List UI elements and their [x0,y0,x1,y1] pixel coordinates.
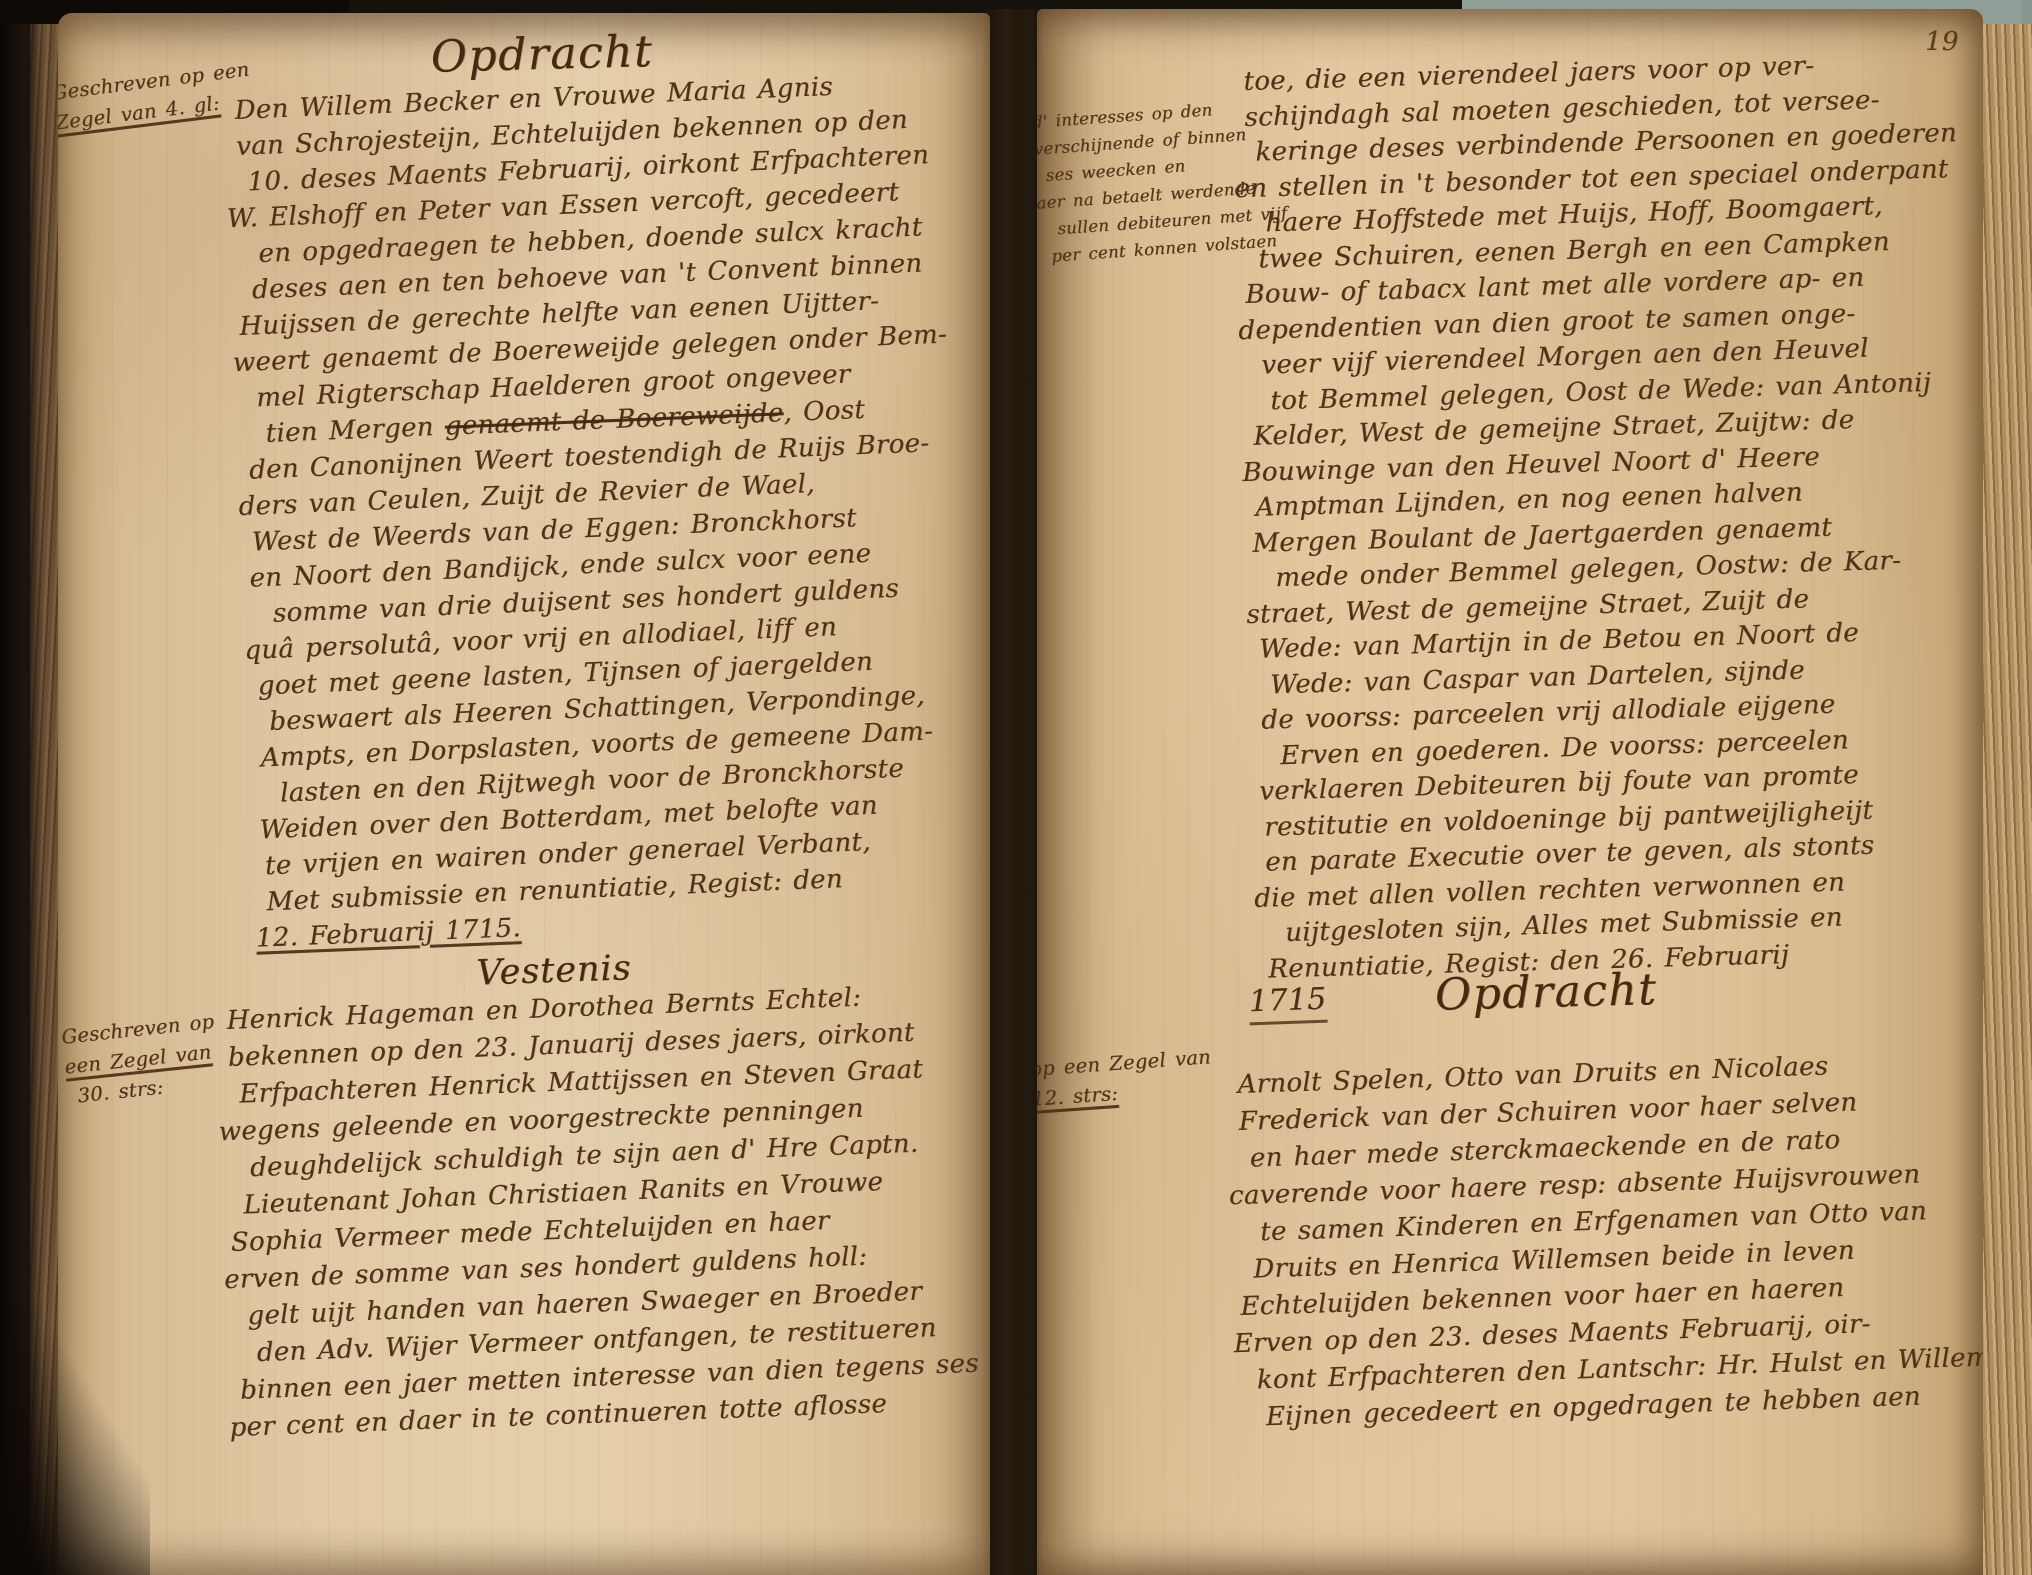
right-page: 19 d' interesses op denverschijnende of … [1037,9,1983,1575]
deed-entry-vestenis-text: Henrick Hageman en Dorothea Bernts Echte… [226,976,981,1447]
deed-entry-opdracht-2-text: Arnolt Spelen, Otto van Druits en Nicola… [1237,1044,1983,1437]
book-fore-edge [1983,24,2032,1575]
photo-corner-shadow [0,1275,150,1575]
deed-entry-opdracht-text: Den Willem Becker en Vrouwe Maria Agnisv… [234,65,971,957]
deed-heading-opdracht-2: Opdracht [1434,964,1658,1021]
margin-note-seal-12strs: op een Zegel van12. strs: [1037,1042,1214,1115]
margin-note-seal-30strs: Geschreven opeen Zegel van30. strs: [60,1007,222,1113]
deed-date-1715: 1715 [1248,982,1327,1026]
book-gutter-shadow [982,9,1044,1575]
manuscript-photo: { "photo": { "background_color": "#15110… [0,0,2032,1575]
deed-entry-vestenis-continuation: toe, die een vierendeel jaers voor op ve… [1243,45,1980,988]
left-page: Opdracht Geschreven op eenZegel van 4. g… [58,13,990,1575]
